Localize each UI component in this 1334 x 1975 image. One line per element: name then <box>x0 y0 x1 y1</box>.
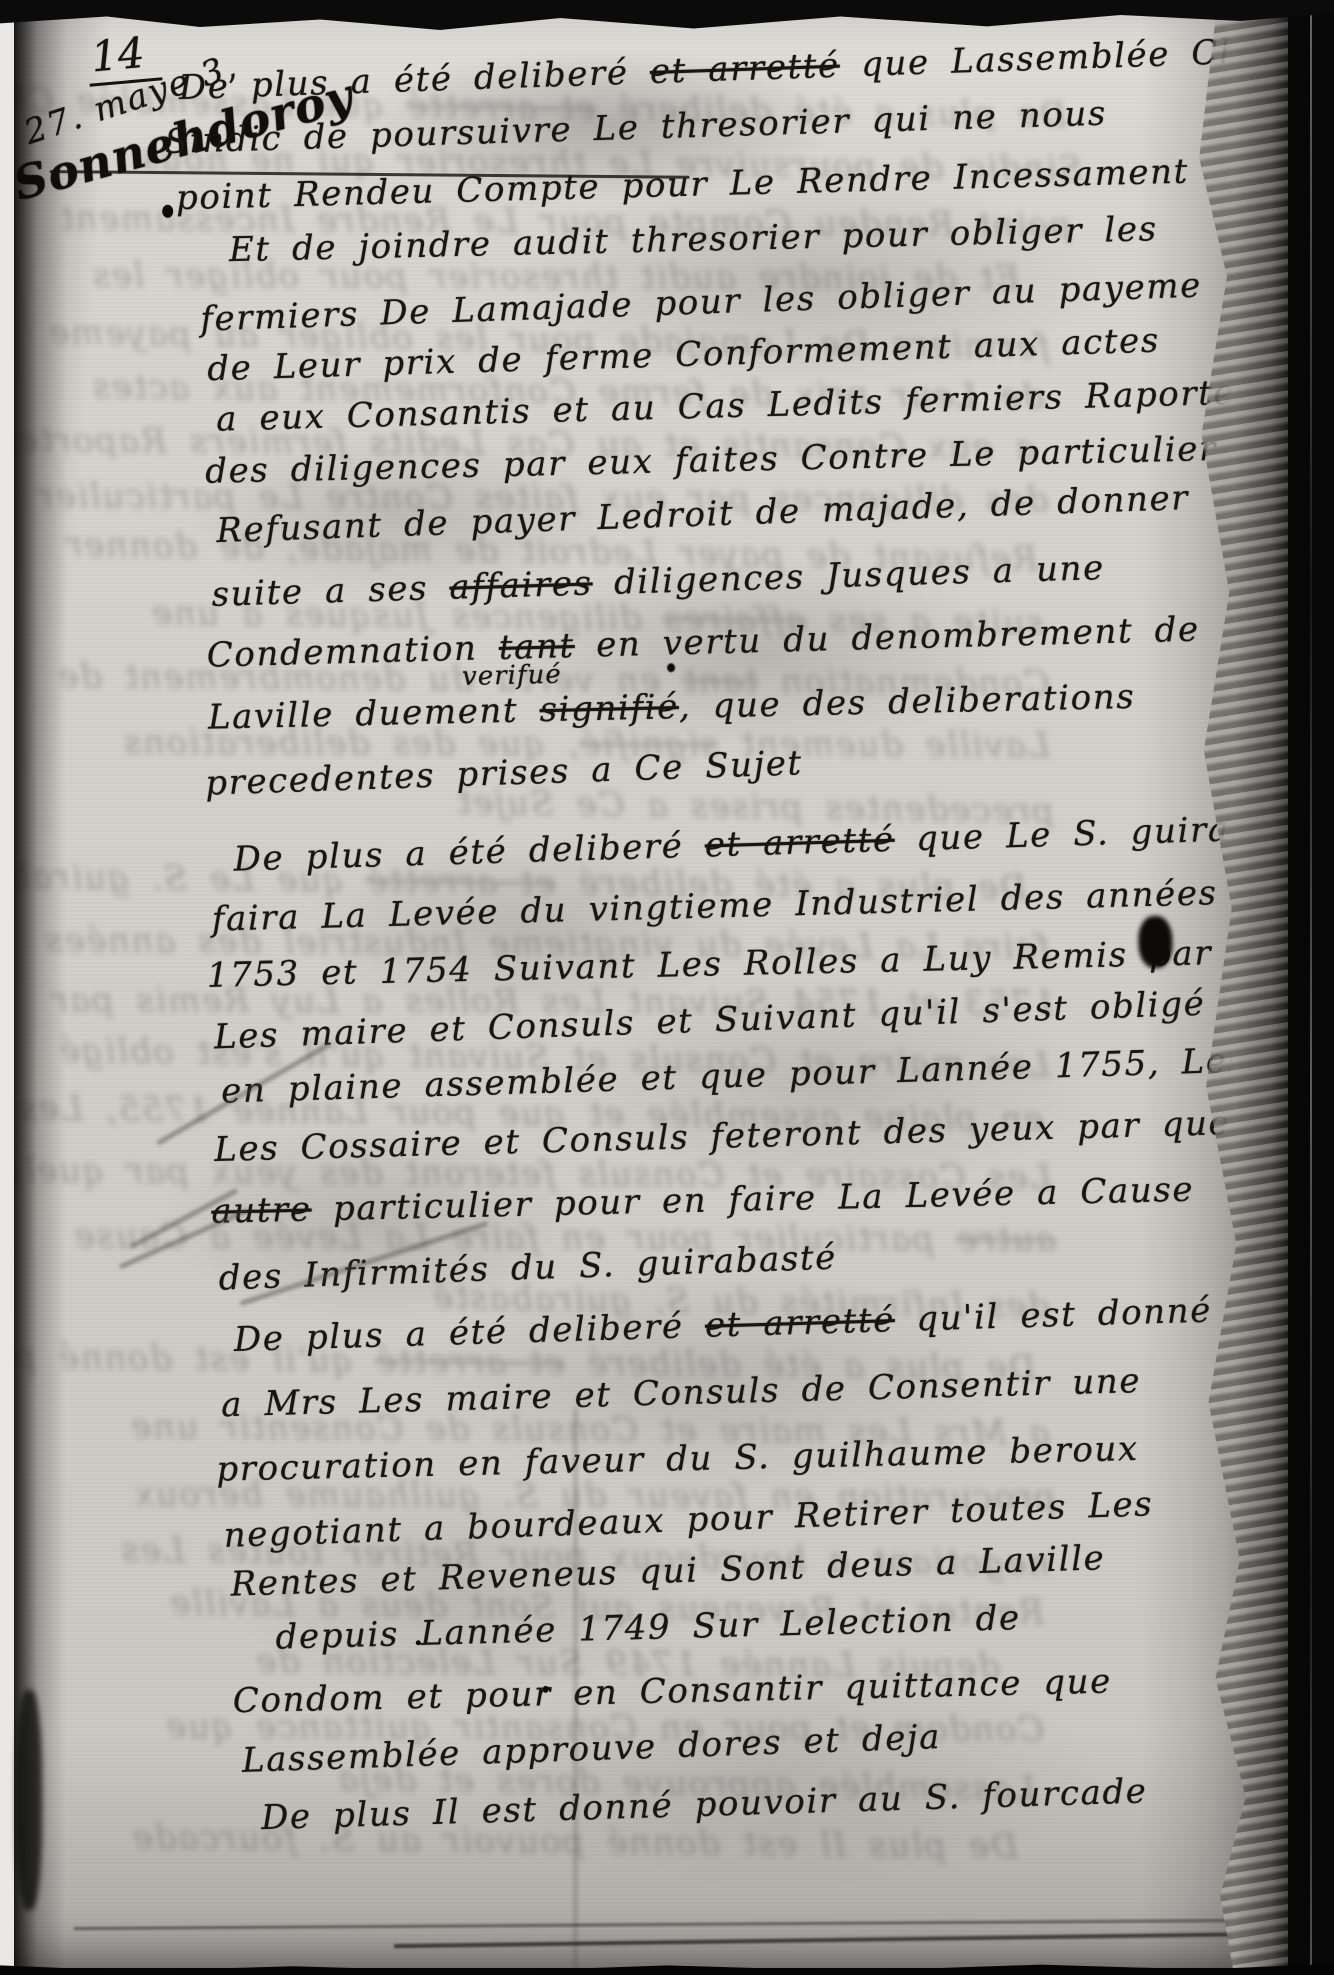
ink-layer: 14 27. maye 3, Sonnehdoroy De plus a été… <box>12 0 1327 1969</box>
line-text: et arretté <box>704 1300 895 1346</box>
manuscript-line: De plus a été deliberé et arretté qu'il … <box>233 1286 1334 1360</box>
line-text: affaires <box>449 563 593 607</box>
line-text: Laville duement <box>208 690 541 737</box>
line-text: De plus a été deliberé <box>233 1306 705 1360</box>
line-text: diligences Jusques a une <box>592 548 1105 603</box>
manuscript-line: Laville duement signifié, que des delibe… <box>208 677 1136 738</box>
manuscript-line: autre particulier pour en faire La Levée… <box>211 1170 1195 1232</box>
manuscript-line: point Rendeu Compte pour Le Rendre Inces… <box>175 152 1189 219</box>
line-text: et arretté <box>704 820 895 866</box>
line-text: 1753 et 1754 Suivant Les Rolles a Luy Re… <box>206 933 1212 996</box>
line-text: , que des deliberations <box>678 677 1135 727</box>
line-text: Et de joindre audit thresorier pour obli… <box>229 209 1159 270</box>
manuscript-line: 1753 et 1754 Suivant Les Rolles a Luy Re… <box>206 933 1212 996</box>
interlinear-correction: verifué <box>462 660 562 692</box>
manuscript-line: depuis Lannée 1749 Sur Lelection de <box>275 1598 1021 1658</box>
line-text: depuis Lannée 1749 Sur Lelection de <box>275 1598 1021 1658</box>
line-text: en vertu du denombrement de <box>574 610 1200 666</box>
ink-blot <box>416 1640 421 1645</box>
manuscript-line: De plus a été deliberé et arretté que Le… <box>233 807 1331 880</box>
ink-blot <box>667 663 675 672</box>
line-text: Refusant de payer Ledroit de majade, de … <box>216 478 1190 551</box>
manuscript-line: Lassemblée approuve dores et deja <box>241 1717 941 1781</box>
line-text: De plus Il est donné pouvoir au S. fourc… <box>261 1771 1149 1838</box>
manuscript-line: procuration en faveur du S. guilhaume be… <box>216 1429 1139 1490</box>
manuscript-line: De plus a été deliberé et arretté que La… <box>178 29 1328 108</box>
binding-edge-right <box>1288 0 1334 1975</box>
manuscript-line: De plus Il est donné pouvoir au S. fourc… <box>261 1771 1149 1838</box>
gutter-shadow <box>14 0 66 1975</box>
manuscript-line: a Mrs Les maire et Consuls de Consentir … <box>221 1361 1142 1425</box>
ink-blot <box>1138 916 1173 969</box>
manuscript-line: Condemnation tant en vertu du denombreme… <box>206 610 1200 676</box>
line-text: a Mrs Les maire et Consuls de Consentir … <box>221 1361 1142 1425</box>
manuscript-line: des Infirmités du S. guirabasté <box>218 1238 837 1299</box>
line-text: faira La Levée du vingtieme Industriel d… <box>211 873 1218 939</box>
line-text: precedentes prises a Ce Sujet <box>205 743 804 803</box>
line-text: De plus a été deliberé <box>178 52 650 108</box>
manuscript-scan: De plus a été deliberé et arretté que La… <box>0 0 1334 1975</box>
line-text: et arretté <box>649 46 840 92</box>
paper-crease <box>574 1408 577 1968</box>
line-text: point Rendeu Compte pour Le Rendre Inces… <box>175 152 1189 219</box>
line-text: procuration en faveur du S. guilhaume be… <box>216 1429 1139 1490</box>
manuscript-line: Condom et pour en Consantir quittance qu… <box>232 1661 1112 1721</box>
manuscript-line: suite a ses affaires diligences Jusques … <box>211 548 1105 615</box>
manuscript-line: Et de joindre audit thresorier pour obli… <box>229 209 1159 270</box>
line-text: particulier pour en faire La Levée a Cau… <box>311 1170 1194 1230</box>
gutter-shadow-blotch <box>16 1690 42 1910</box>
line-text: signifié <box>539 687 679 730</box>
line-text: Condemnation <box>206 628 499 676</box>
ink-blot <box>162 205 173 218</box>
line-text: Lassemblée approuve dores et deja <box>241 1717 941 1781</box>
line-text: Condom et pour en Consantir quittance qu… <box>232 1661 1112 1721</box>
line-text: des Infirmités du S. guirabasté <box>218 1238 837 1299</box>
line-text: suite a ses <box>211 568 450 615</box>
ink-blot <box>543 1686 549 1693</box>
manuscript-line: Les Cossaire et Consuls feteront des yeu… <box>214 1101 1312 1170</box>
line-text: De plus a été deliberé <box>233 825 705 879</box>
manuscript-line: Refusant de payer Ledroit de majade, de … <box>216 478 1190 551</box>
manuscript-page: De plus a été deliberé et arretté que La… <box>14 6 1292 1968</box>
line-text: Les Cossaire et Consuls feteront des yeu… <box>214 1101 1312 1170</box>
manuscript-line: faira La Levée du vingtieme Industriel d… <box>211 873 1218 939</box>
scan-left-margin <box>0 0 14 1975</box>
manuscript-line: precedentes prises a Ce Sujet <box>205 743 804 803</box>
